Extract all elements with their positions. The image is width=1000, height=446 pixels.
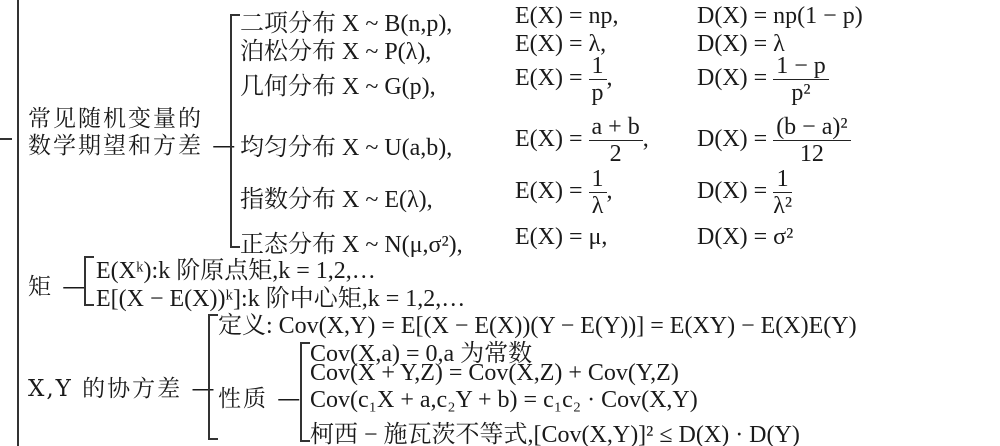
dist-normal-dx: D(X) = σ² bbox=[697, 224, 793, 251]
section3-brace bbox=[208, 314, 218, 440]
section2-label: 矩 — bbox=[28, 268, 87, 301]
property-label: 性质 — bbox=[218, 380, 302, 413]
section2-bracket bbox=[84, 256, 94, 306]
property-item: Cov(X + Y,Z) = Cov(X,Z) + Cov(Y,Z) bbox=[310, 360, 679, 387]
dist-exponential-name: 指数分布 X ~ E(λ), bbox=[240, 179, 433, 214]
dist-geometric-name: 几何分布 X ~ G(p), bbox=[240, 66, 436, 101]
property-item: 柯西 − 施瓦茨不等式,[Cov(X,Y)]² ≤ D(X) · D(Y) bbox=[310, 414, 800, 446]
dist-uniform-ex: E(X) = a + b2, bbox=[515, 114, 649, 167]
dist-exponential-dx: D(X) = 1λ² bbox=[697, 166, 792, 219]
dist-normal-ex: E(X) = μ, bbox=[515, 224, 607, 251]
outer-brace-line bbox=[17, 0, 19, 446]
dist-geometric-ex: E(X) = 1p, bbox=[515, 53, 613, 106]
dist-poisson-name: 泊松分布 X ~ P(λ), bbox=[240, 31, 431, 66]
dist-binomial-ex: E(X) = np, bbox=[515, 3, 619, 30]
dist-uniform-dx: D(X) = (b − a)²12 bbox=[697, 114, 851, 167]
section1-label-line2: 数学期望和方差 — bbox=[28, 127, 237, 160]
dist-uniform-name: 均匀分布 X ~ U(a,b), bbox=[240, 127, 452, 162]
outer-connector-dash bbox=[0, 138, 12, 140]
section1-brace bbox=[230, 14, 240, 248]
property-item: Cov(c₁X + a,c₂Y + b) = c₁c₂ · Cov(X,Y) bbox=[310, 387, 698, 414]
property-brace bbox=[300, 342, 310, 442]
dist-exponential-ex: E(X) = 1λ, bbox=[515, 166, 613, 219]
dist-binomial-dx: D(X) = np(1 − p) bbox=[697, 3, 863, 30]
dist-geometric-dx: D(X) = 1 − pp² bbox=[697, 53, 829, 106]
section3-label: X,Y 的协方差 — bbox=[28, 370, 217, 403]
